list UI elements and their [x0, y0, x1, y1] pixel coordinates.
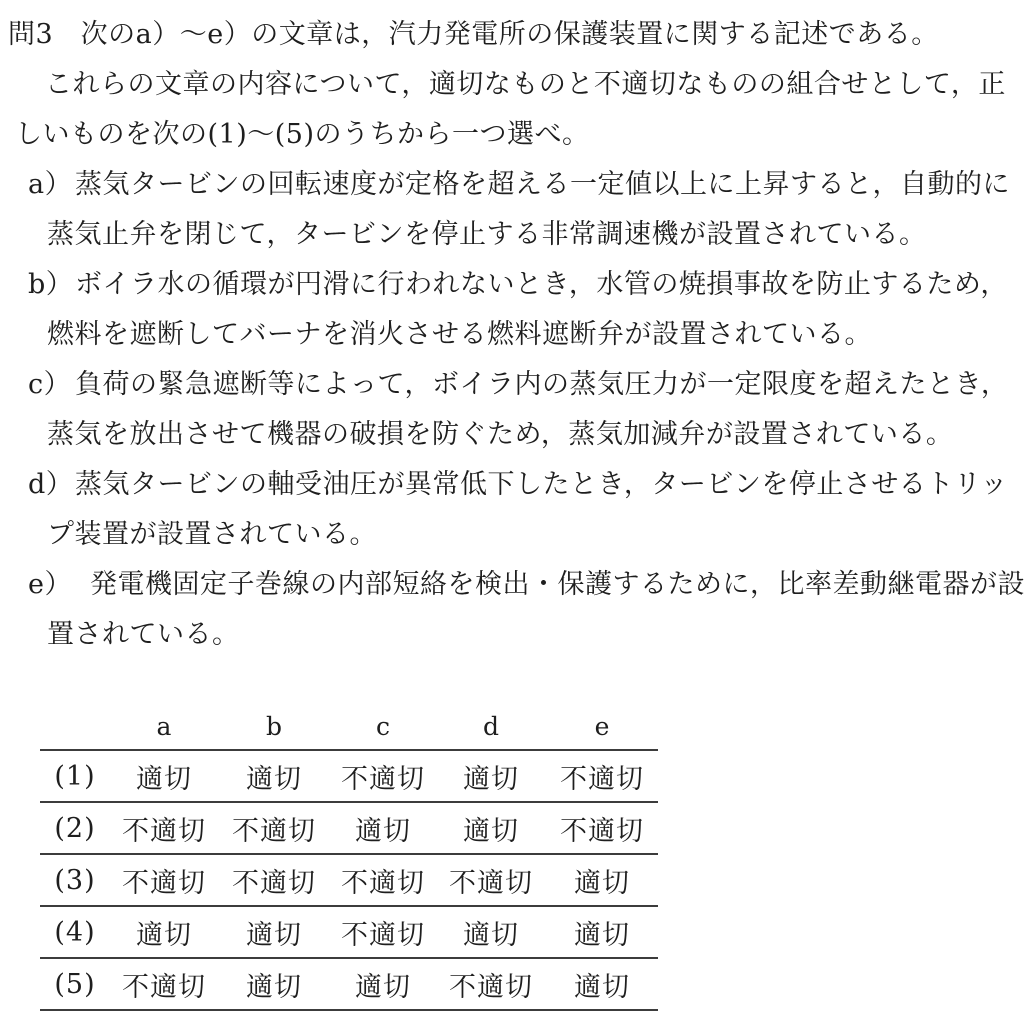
exam-question-page: 問3 次のa）～e）の文章は，汽力発電所の保護装置に関する記述である。 これらの… [0, 0, 1024, 1024]
item-d-marker: d） [28, 460, 75, 510]
header-col-b: b [218, 703, 330, 750]
item-c-marker: c） [28, 360, 75, 410]
header-col-a: a [110, 703, 218, 750]
item-a-line-2: 蒸気止弁を閉じて，タービンを停止する非常調速機が設置されている。 [0, 210, 1024, 260]
header-col-e: e [546, 703, 658, 750]
header-col-c: c [330, 703, 436, 750]
item-e-text-1: 発電機固定子巻線の内部短絡を検出・保護するために，比率差動継電器が設 [90, 569, 1024, 600]
option-1-a: 適切 [110, 750, 218, 802]
option-1-label: (1) [40, 750, 110, 802]
option-1-b: 適切 [218, 750, 330, 802]
option-2-b: 不適切 [218, 802, 330, 854]
option-5-b: 適切 [218, 958, 330, 1010]
option-5-c: 適切 [330, 958, 436, 1010]
table-row-option-4: (4) 適切 適切 不適切 適切 適切 [40, 906, 658, 958]
option-5-d: 不適切 [436, 958, 546, 1010]
item-d-line-1: d）蒸気タービンの軸受油圧が異常低下したとき，タービンを停止させるトリッ [0, 460, 1024, 510]
option-3-d: 不適切 [436, 854, 546, 906]
option-4-b: 適切 [218, 906, 330, 958]
item-d-text-1: 蒸気タービンの軸受油圧が異常低下したとき，タービンを停止させるトリッ [75, 469, 1008, 500]
option-1-c: 不適切 [330, 750, 436, 802]
item-b-text-1: ボイラ水の循環が円滑に行われないとき，水管の焼損事故を防止するため， [75, 269, 1008, 300]
option-3-b: 不適切 [218, 854, 330, 906]
option-2-c: 適切 [330, 802, 436, 854]
item-c-line-2: 蒸気を放出させて機器の破損を防ぐため，蒸気加減弁が設置されている。 [0, 410, 1024, 460]
item-b-marker: b） [28, 260, 75, 310]
question-lead-line-1: これらの文章の内容について，適切なものと不適切なものの組合せとして，正 [0, 60, 1024, 110]
option-5-label: (5) [40, 958, 110, 1010]
option-3-label: (3) [40, 854, 110, 906]
item-e-line-1: e）発電機固定子巻線の内部短絡を検出・保護するために，比率差動継電器が設 [0, 560, 1024, 610]
header-col-d: d [436, 703, 546, 750]
option-2-label: (2) [40, 802, 110, 854]
table-row-option-1: (1) 適切 適切 不適切 適切 不適切 [40, 750, 658, 802]
option-1-d: 適切 [436, 750, 546, 802]
option-4-a: 適切 [110, 906, 218, 958]
question-lead-line-2: しいものを次の(1)～(5)のうちから一つ選べ。 [0, 110, 1024, 160]
answer-options-table: a b c d e (1) 適切 適切 不適切 適切 不適切 (2) 不適切 不… [40, 703, 658, 1011]
option-1-e: 不適切 [546, 750, 658, 802]
option-4-d: 適切 [436, 906, 546, 958]
item-b-line-1: b）ボイラ水の循環が円滑に行われないとき，水管の焼損事故を防止するため， [0, 260, 1024, 310]
item-b-line-2: 燃料を遮断してバーナを消火させる燃料遮断弁が設置されている。 [0, 310, 1024, 360]
option-2-e: 不適切 [546, 802, 658, 854]
table-row-option-2: (2) 不適切 不適切 適切 適切 不適切 [40, 802, 658, 854]
item-d-line-2: プ装置が設置されている。 [0, 510, 1024, 560]
option-3-c: 不適切 [330, 854, 436, 906]
question-text-block: 問3 次のa）～e）の文章は，汽力発電所の保護装置に関する記述である。 これらの… [0, 10, 1024, 660]
option-5-e: 適切 [546, 958, 658, 1010]
item-a-line-1: a）蒸気タービンの回転速度が定格を超える一定値以上に上昇すると，自動的に [0, 160, 1024, 210]
question-title: 問3 次のa）～e）の文章は，汽力発電所の保護装置に関する記述である。 [0, 10, 1024, 60]
item-e-line-2: 置されている。 [0, 610, 1024, 660]
table-row-option-5: (5) 不適切 適切 適切 不適切 適切 [40, 958, 658, 1010]
item-a-marker: a） [28, 160, 75, 210]
item-a-text-1: 蒸気タービンの回転速度が定格を超える一定値以上に上昇すると，自動的に [75, 169, 1010, 200]
option-3-a: 不適切 [110, 854, 218, 906]
option-2-d: 適切 [436, 802, 546, 854]
item-e-marker: e） [28, 560, 90, 610]
item-c-text-1: 負荷の緊急遮断等によって，ボイラ内の蒸気圧力が一定限度を超えたとき， [75, 369, 1008, 400]
item-c-line-1: c）負荷の緊急遮断等によって，ボイラ内の蒸気圧力が一定限度を超えたとき， [0, 360, 1024, 410]
header-empty-cell [40, 703, 110, 750]
option-4-e: 適切 [546, 906, 658, 958]
table-row-option-3: (3) 不適切 不適切 不適切 不適切 適切 [40, 854, 658, 906]
option-5-a: 不適切 [110, 958, 218, 1010]
option-4-c: 不適切 [330, 906, 436, 958]
option-4-label: (4) [40, 906, 110, 958]
option-2-a: 不適切 [110, 802, 218, 854]
table-header-row: a b c d e [40, 703, 658, 750]
option-3-e: 適切 [546, 854, 658, 906]
